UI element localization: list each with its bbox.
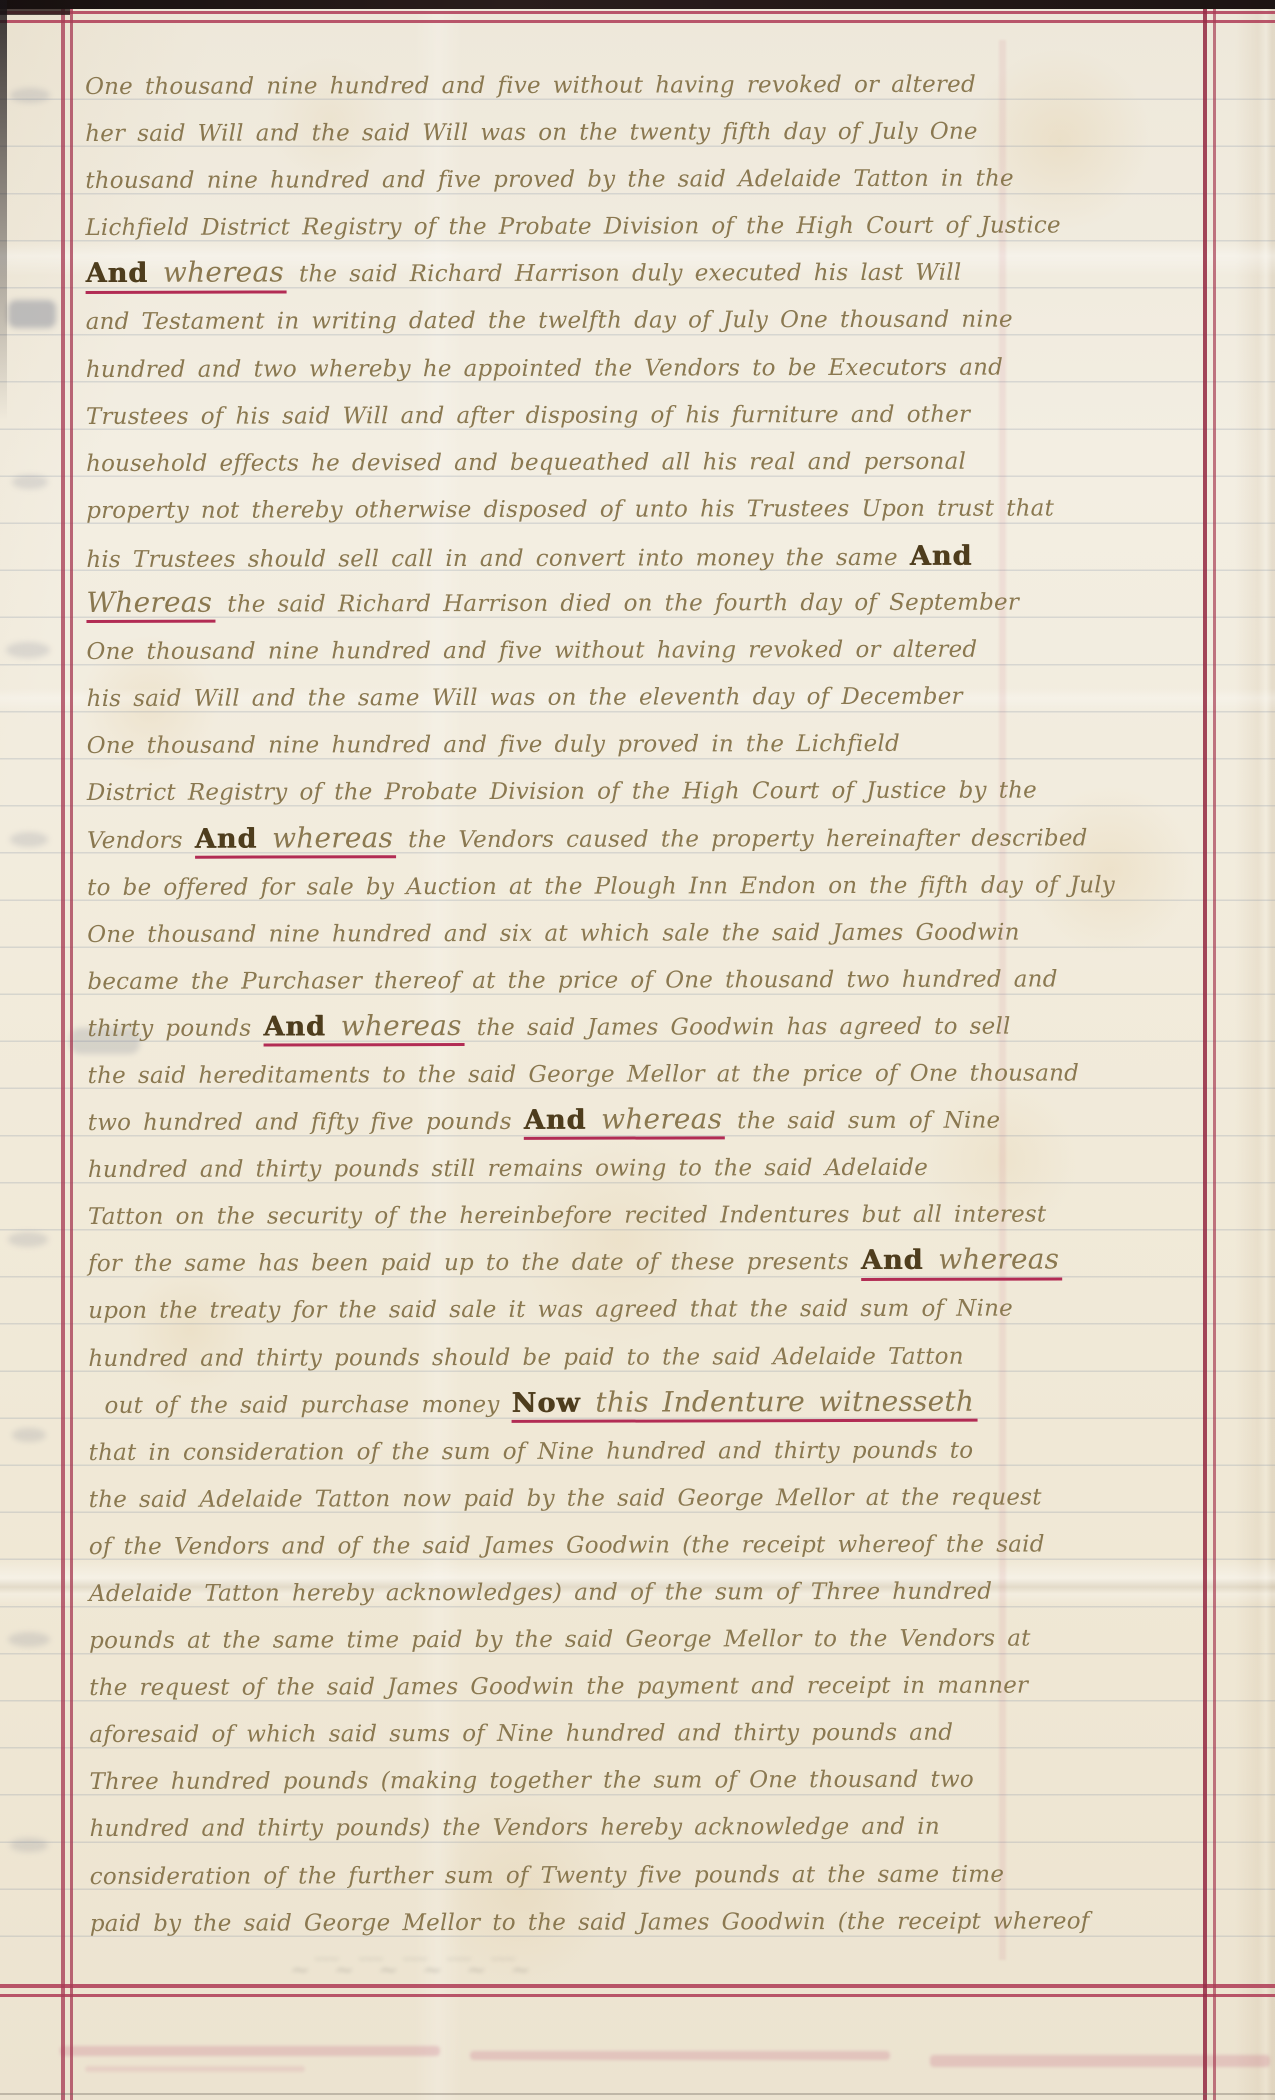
handwritten-text: property not thereby otherwise disposed … (86, 495, 1054, 524)
red-underlined-phrase: And whereas (195, 822, 396, 859)
manuscript-line: Vendors And whereas the Vendors caused t… (87, 815, 1212, 865)
handwritten-text: Lichfield District Registry of the Proba… (85, 213, 1060, 242)
manuscript-line: One thousand nine hundred and five witho… (85, 61, 1210, 111)
margin-line-left-2 (70, 0, 73, 2100)
red-underlined-phrase: And whereas (263, 1010, 464, 1047)
manuscript-line: his Trustees should sell call in and con… (86, 532, 1211, 582)
handwritten-text: that in consideration of the sum of Nine… (89, 1437, 974, 1465)
handwritten-text: District Registry of the Probate Divisio… (87, 778, 1037, 806)
handwritten-text: thousand nine hundred and five proved by… (85, 166, 1014, 194)
scan-edge-top (0, 0, 1275, 9)
handwritten-text: Vendors (87, 827, 195, 853)
handwritten-text: the said Adelaide Tatton now paid by the… (89, 1484, 1042, 1512)
handwritten-text: hundred and thirty pounds) the Vendors h… (90, 1814, 940, 1842)
blackletter-word: And (910, 541, 973, 572)
manuscript-line: for the same has been paid up to the dat… (88, 1238, 1213, 1288)
handwritten-text: Trustees of his said Will and after disp… (86, 401, 970, 429)
bleed-through-mark (8, 1232, 48, 1247)
manuscript-line: became the Purchaser thereof at the pric… (87, 956, 1212, 1006)
manuscript-line: Trustees of his said Will and after disp… (86, 391, 1211, 441)
handwritten-text: paid by the said George Mellor to the sa… (90, 1908, 1090, 1937)
manuscript-line: of the Vendors and of the said James Goo… (89, 1521, 1214, 1571)
bleed-through-mark (10, 88, 50, 103)
handwritten-text: for the same has been paid up to the dat… (88, 1249, 861, 1277)
manuscript-line: Whereas the said Richard Harrison died o… (86, 579, 1211, 629)
handwritten-text: One thousand nine hundred and six at whi… (87, 919, 1019, 947)
scan-edge-top-corner (0, 9, 70, 15)
emphasized-word: this Indenture witnesseth (595, 1384, 974, 1418)
emphasized-word: whereas (272, 821, 393, 854)
bleed-through-mark (12, 475, 48, 489)
manuscript-line: One thousand nine hundred and five duly … (87, 720, 1212, 770)
handwritten-text: hundred and thirty pounds should be paid… (88, 1343, 963, 1371)
handwritten-text: the said James Goodwin has agreed to sel… (465, 1013, 1011, 1040)
bleed-through-mark (8, 1632, 50, 1647)
handwritten-text: hundred and thirty pounds still remains … (88, 1155, 928, 1183)
margin-line-bottom-2 (0, 1994, 1275, 1997)
handwritten-text: upon the treaty for the said sale it was… (88, 1296, 1013, 1324)
manuscript-line: and Testament in writing dated the twelf… (86, 297, 1211, 347)
blackletter-word: And (195, 823, 272, 854)
manuscript-line: two hundred and fifty five pounds And wh… (88, 1097, 1213, 1147)
manuscript-line: to be offered for sale by Auction at the… (87, 862, 1212, 912)
manuscript-line: consideration of the further sum of Twen… (90, 1851, 1215, 1901)
manuscript-line: Adelaide Tatton hereby acknowledges) and… (89, 1568, 1214, 1618)
scan-edge-bottom (0, 2093, 1275, 2095)
handwritten-text: One thousand nine hundred and five witho… (87, 637, 978, 665)
handwritten-text: the said sum of Nine (725, 1108, 1000, 1135)
handwritten-text: two hundred and fifty five pounds (88, 1109, 524, 1136)
handwritten-text: household effects he devised and bequeat… (86, 448, 966, 476)
red-underlined-phrase: And whereas (524, 1103, 725, 1140)
handwritten-text: Tatton on the security of the hereinbefo… (88, 1202, 1046, 1231)
handwritten-text: of the Vendors and of the said James Goo… (89, 1531, 1045, 1560)
handwritten-text: the said hereditaments to the said Georg… (88, 1060, 1079, 1089)
manuscript-line: hundred and thirty pounds should be paid… (88, 1333, 1213, 1383)
handwritten-text: Three hundred pounds (making together th… (89, 1767, 973, 1795)
bleed-through-stamp (930, 2055, 1270, 2067)
red-underlined-phrase: Now this Indenture witnesseth (511, 1385, 977, 1422)
handwritten-text: pounds at the same time paid by the said… (89, 1626, 1031, 1654)
handwritten-text: his Trustees should sell call in and con… (86, 545, 910, 573)
margin-line-bottom-1 (0, 1984, 1275, 1988)
handwritten-text: the request of the said James Goodwin th… (89, 1673, 1028, 1701)
handwritten-text: aforesaid of which said sums of Nine hun… (89, 1720, 953, 1748)
red-underlined-phrase: Whereas (86, 587, 215, 624)
manuscript-line: hundred and thirty pounds still remains … (88, 1144, 1213, 1194)
blackletter-word: And (86, 258, 163, 289)
handwritten-text: consideration of the further sum of Twen… (90, 1861, 1004, 1889)
bleed-through-mark (12, 1428, 46, 1442)
handwritten-text: the said Richard Harrison duly executed … (287, 260, 962, 288)
handwritten-text: thirty pounds (87, 1015, 263, 1041)
red-underlined-phrase: And whereas (86, 257, 287, 294)
scan-edge-left (0, 0, 7, 420)
emphasized-word: Whereas (86, 586, 212, 619)
blackletter-word: And (263, 1011, 340, 1042)
bleed-through-stamp (85, 2066, 305, 2072)
manuscript-line: thousand nine hundred and five proved by… (85, 155, 1210, 205)
bleed-through-mark (10, 1838, 48, 1852)
handwritten-text: Adelaide Tatton hereby acknowledges) and… (89, 1579, 992, 1607)
bleed-through-writing: ​~﹋~﹋~﹋~﹋~﹋~ (290, 1950, 531, 1985)
handwritten-text: out of the said purchase money (104, 1392, 511, 1419)
handwritten-text: One thousand nine hundred and five witho… (85, 72, 976, 100)
blackletter-word: And (861, 1245, 938, 1276)
handwritten-text: the Vendors caused the property hereinaf… (396, 825, 1088, 853)
manuscript-line: the said hereditaments to the said Georg… (88, 1050, 1213, 1100)
manuscript-line: the request of the said James Goodwin th… (89, 1662, 1214, 1712)
manuscript-line: hundred and thirty pounds) the Vendors h… (90, 1804, 1215, 1854)
manuscript-line: out of the said purchase money Now this … (88, 1380, 1213, 1430)
manuscript-line: thirty pounds And whereas the said James… (87, 1003, 1212, 1053)
blackletter-word: Now (511, 1387, 595, 1418)
handwritten-text: became the Purchaser thereof at the pric… (87, 966, 1057, 995)
bleed-through-mark (10, 832, 48, 847)
handwritten-text: his said Will and the same Will was on t… (87, 684, 963, 712)
handwritten-text: and Testament in writing dated the twelf… (86, 307, 1013, 335)
manuscript-line: upon the treaty for the said sale it was… (88, 1285, 1213, 1335)
margin-line-top-2 (0, 20, 1275, 23)
manuscript-text-block: One thousand nine hundred and five witho… (85, 61, 1215, 1948)
handwritten-text: hundred and two whereby he appointed the… (86, 354, 1003, 382)
manuscript-line: the said Adelaide Tatton now paid by the… (89, 1474, 1214, 1524)
handwritten-text: One thousand nine hundred and five duly … (87, 731, 900, 759)
handwritten-text: to be offered for sale by Auction at the… (87, 872, 1115, 901)
emphasized-word: whereas (163, 256, 284, 289)
manuscript-line: his said Will and the same Will was on t… (87, 673, 1212, 723)
handwritten-text: the said Richard Harrison died on the fo… (215, 590, 1019, 618)
emphasized-word: whereas (601, 1102, 722, 1135)
margin-line-left-1 (61, 0, 65, 2100)
red-underlined-phrase: And whereas (861, 1244, 1062, 1281)
manuscript-line: that in consideration of the sum of Nine… (89, 1427, 1214, 1477)
bleed-through-mark (8, 300, 56, 328)
bleed-through-mark (6, 642, 50, 658)
bleed-through-stamp (470, 2051, 890, 2060)
margin-line-top-1 (0, 11, 1275, 14)
manuscript-line: Tatton on the security of the hereinbefo… (88, 1191, 1213, 1241)
manuscript-line: property not thereby otherwise disposed … (86, 485, 1211, 535)
manuscript-line: hundred and two whereby he appointed the… (86, 344, 1211, 394)
bleed-through-stamp (60, 2046, 440, 2056)
manuscript-line: pounds at the same time paid by the said… (89, 1615, 1214, 1665)
manuscript-line: District Registry of the Probate Divisio… (87, 767, 1212, 817)
manuscript-line: her said Will and the said Will was on t… (85, 108, 1210, 158)
scanned-document-page: ​~﹋~﹋~﹋~﹋~﹋~ One thousand nine hundred a… (0, 0, 1275, 2100)
handwritten-text: her said Will and the said Will was on t… (85, 119, 978, 147)
manuscript-line: household effects he devised and bequeat… (86, 438, 1211, 488)
manuscript-line: And whereas the said Richard Harrison du… (85, 249, 1210, 299)
manuscript-line: One thousand nine hundred and five witho… (86, 626, 1211, 676)
manuscript-line: One thousand nine hundred and six at whi… (87, 909, 1212, 959)
manuscript-line: Lichfield District Registry of the Proba… (85, 202, 1210, 252)
emphasized-word: whereas (938, 1243, 1059, 1276)
manuscript-line: paid by the said George Mellor to the sa… (90, 1898, 1215, 1948)
emphasized-word: whereas (341, 1009, 462, 1042)
manuscript-line: Three hundred pounds (making together th… (89, 1756, 1214, 1806)
manuscript-line: aforesaid of which said sums of Nine hun… (89, 1709, 1214, 1759)
blackletter-word: And (524, 1105, 601, 1136)
